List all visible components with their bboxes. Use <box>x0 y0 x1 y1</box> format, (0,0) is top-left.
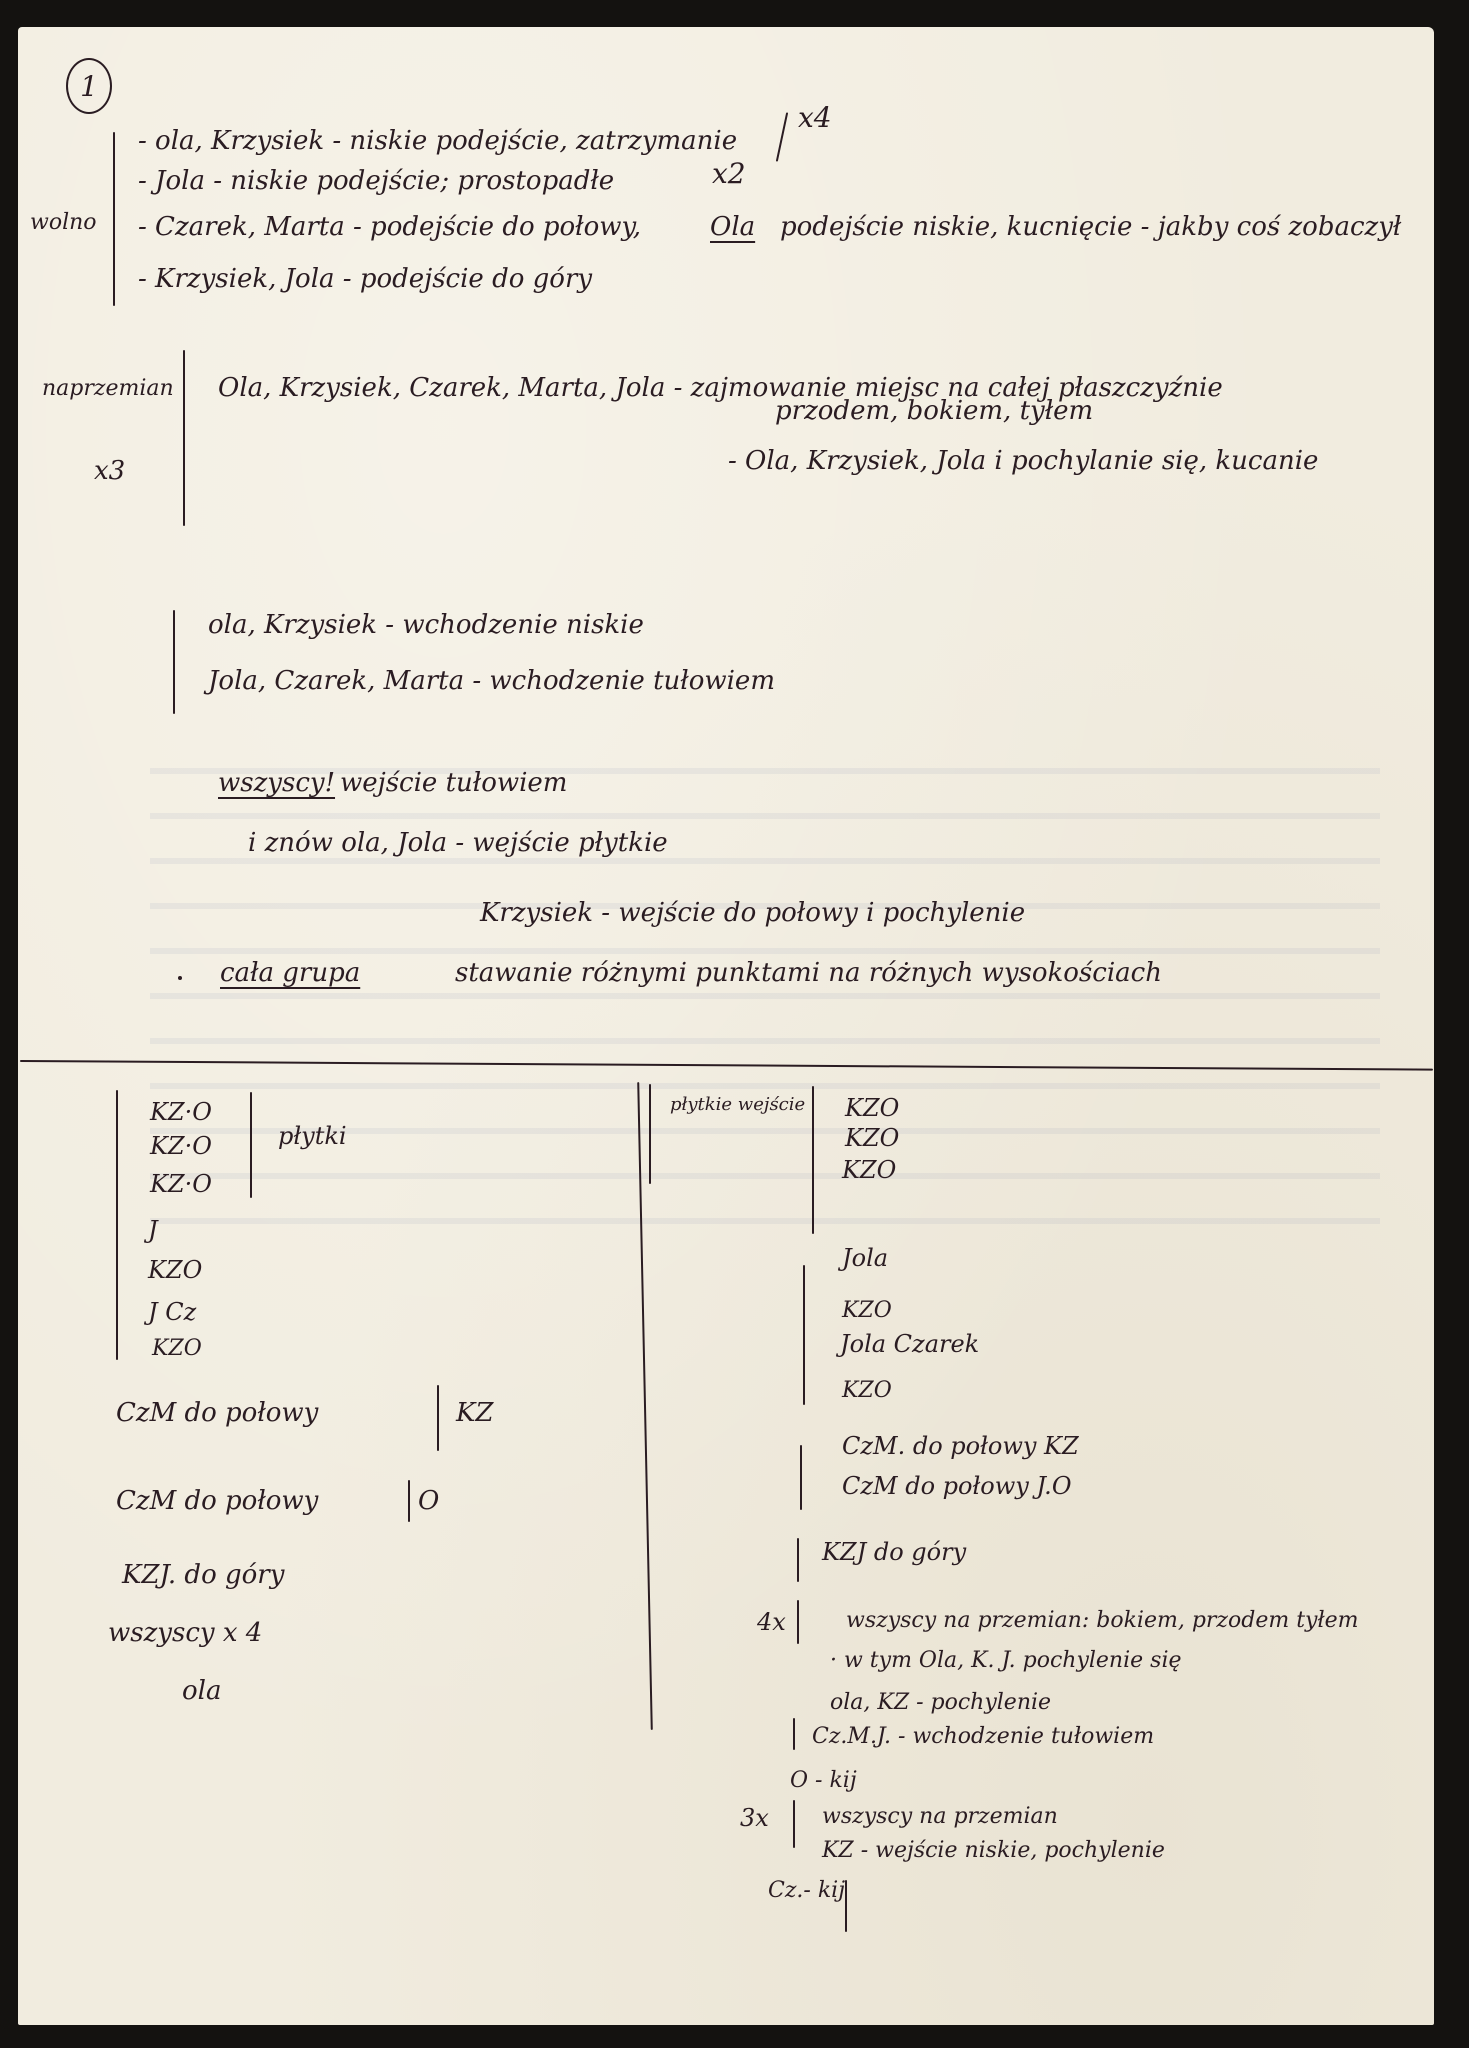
block4-bracket-2 <box>793 1718 795 1750</box>
wolno-line-3-ola: Ola <box>710 214 755 240</box>
repeat-x2: x2 <box>712 160 746 188</box>
right-kzo-1: KZO <box>845 1096 899 1120</box>
naprzemian-line-2: - Ola, Krzysiek, Jola i pochylanie się, … <box>728 448 1318 474</box>
kzj-right-bracket <box>797 1538 799 1582</box>
page-number: 1 <box>80 70 98 103</box>
block3-line-1: wszyscy na przemian <box>822 1806 1058 1828</box>
o-kij: O - kij <box>790 1770 857 1792</box>
czm2-divider <box>408 1480 410 1522</box>
left-kzo-1: KZ·O <box>150 1100 212 1124</box>
wolno-line-4: - Krzysiek, Jola - podejście do góry <box>138 266 592 292</box>
left-kzo-3: KZ·O <box>150 1172 212 1196</box>
left-row-kzo-a: KZO <box>148 1258 202 1282</box>
left-czm-2-note: O <box>418 1488 439 1514</box>
left-ola: ola <box>182 1678 221 1704</box>
left-czm-2: CzM do połowy <box>116 1488 318 1514</box>
left-row-kzo-b: KZO <box>152 1338 202 1360</box>
wszyscy-rest: wejście tułowiem <box>340 770 567 796</box>
left-czm-1-note: KZ <box>456 1400 494 1426</box>
left-kzj: KZJ. do góry <box>122 1562 284 1588</box>
bullet-dot <box>178 976 182 980</box>
block3-line-2: KZ - wejście niskie, pochylenie <box>822 1840 1165 1862</box>
naprzemian-line-1-cont: przodem, bokiem, tyłem <box>775 398 1093 424</box>
cz-kij: Cz.- kij <box>768 1880 845 1902</box>
left-row-j: J <box>148 1218 158 1242</box>
wszyscy-heading: wszyscy! <box>218 770 335 796</box>
left-kzo-2: KZ·O <box>150 1134 212 1158</box>
wejscie-line-2: i znów ola, Jola - wejście płytkie <box>248 830 668 856</box>
plytkie-bracket-right <box>812 1086 814 1234</box>
cala-grupa-heading: cała grupa <box>220 960 360 986</box>
plytkie-label-1: płytkie wejście <box>670 1096 805 1114</box>
block4-line-1: wszyscy na przemian: bokiem, przodem tył… <box>846 1610 1359 1632</box>
naprzemian-label: naprzemian <box>42 378 174 400</box>
wolno-line-1: - ola, Krzysiek - niskie podejście, zatr… <box>138 128 737 154</box>
wejscie-line-3: Krzysiek - wejście do połowy i pochyleni… <box>480 900 1025 926</box>
plytki-label: płytki <box>278 1124 347 1148</box>
bleed-through-text <box>150 740 1380 1260</box>
repeat-3x: 3x <box>740 1806 769 1830</box>
plytki-bracket <box>250 1092 252 1198</box>
cz-kij-stroke <box>845 1880 847 1932</box>
right-kzo-3: KZO <box>842 1158 896 1182</box>
wchodzenie-line-1: ola, Krzysiek - wchodzenie niskie <box>208 612 644 638</box>
wolno-bracket <box>113 132 115 306</box>
right-kzj: KZJ do góry <box>822 1540 966 1564</box>
wolno-label: wolno <box>30 212 97 234</box>
cala-grupa-rest: stawanie różnymi punktami na różnych wys… <box>455 960 1162 986</box>
right-kzo-2: KZO <box>845 1126 899 1150</box>
repeat-x4: x4 <box>798 104 832 132</box>
group2-bracket <box>803 1265 805 1405</box>
wchodzenie-line-2: Jola, Czarek, Marta - wchodzenie tułowie… <box>208 668 775 694</box>
czm-divider <box>437 1385 439 1451</box>
naprzemian-bracket <box>183 350 185 526</box>
wolno-line-3: - Czarek, Marta - podejście do połowy, <box>138 214 641 240</box>
left-col-bracket <box>116 1090 118 1360</box>
naprzemian-repeat: x3 <box>94 458 125 484</box>
wchodzenie-bracket <box>173 610 175 714</box>
wolno-line-3-rest: podejście niskie, kucnięcie - jakby coś … <box>780 214 1401 240</box>
right-group2-kzo-b: KZO <box>842 1380 892 1402</box>
wolno-line-2: - Jola - niskie podejście; prostopadłe <box>138 168 614 194</box>
right-czm-2: CzM do połowy J.O <box>842 1474 1072 1498</box>
block4-line-3: ola, KZ - pochylenie <box>830 1692 1051 1714</box>
block4-bracket <box>797 1600 799 1644</box>
left-row-j-cz: J Cz <box>148 1300 196 1324</box>
block4-line-2: · w tym Ola, K. J. pochylenie się <box>830 1650 1182 1672</box>
right-group2-kzo-a: KZO <box>842 1300 892 1322</box>
block3-bracket <box>793 1800 795 1848</box>
right-czm-1: CzM. do połowy KZ <box>842 1434 1079 1458</box>
repeat-4x: 4x <box>757 1610 786 1634</box>
right-group2-jola-czarek: Jola Czarek <box>840 1332 979 1356</box>
left-wszyscy: wszyscy x 4 <box>108 1620 262 1646</box>
czm-right-bracket <box>800 1445 802 1510</box>
plytkie-bracket-left <box>649 1084 651 1184</box>
block4-line-4: Cz.M.J. - wchodzenie tułowiem <box>812 1726 1154 1748</box>
left-czm-1: CzM do połowy <box>116 1400 318 1426</box>
right-jola: Jola <box>842 1246 888 1270</box>
page-number-circle: 1 <box>66 58 112 114</box>
